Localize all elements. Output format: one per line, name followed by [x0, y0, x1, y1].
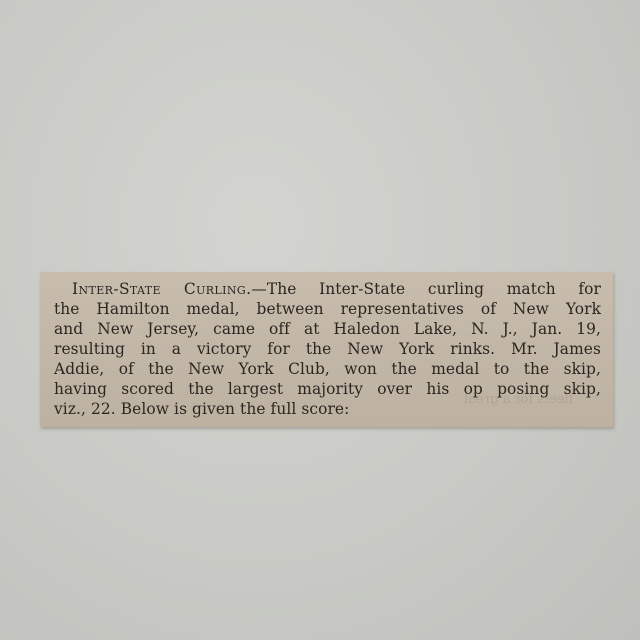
article-line-5: Addie, of the New York Club, won the med…	[54, 359, 601, 379]
article-line-6: having scored the largest majority over …	[54, 379, 601, 399]
article-headline: Inter-State Curling.	[72, 280, 251, 298]
newspaper-clipping: Inter-State Curling.—The Inter-State cur…	[40, 272, 613, 427]
article-line-1: Inter-State Curling.—The Inter-State cur…	[54, 279, 601, 299]
article-line-2: the Hamilton medal, between representati…	[54, 299, 601, 319]
article-line-4: resulting in a victory for the New York …	[54, 339, 601, 359]
article-line-7: viz., 22. Below is given the full score:	[54, 399, 601, 419]
article-line-3: and New Jersey, came off at Haledon Lake…	[54, 319, 601, 339]
article-line-1-text: —The Inter-State curling match for	[251, 280, 601, 298]
article-text: Inter-State Curling.—The Inter-State cur…	[54, 279, 601, 419]
